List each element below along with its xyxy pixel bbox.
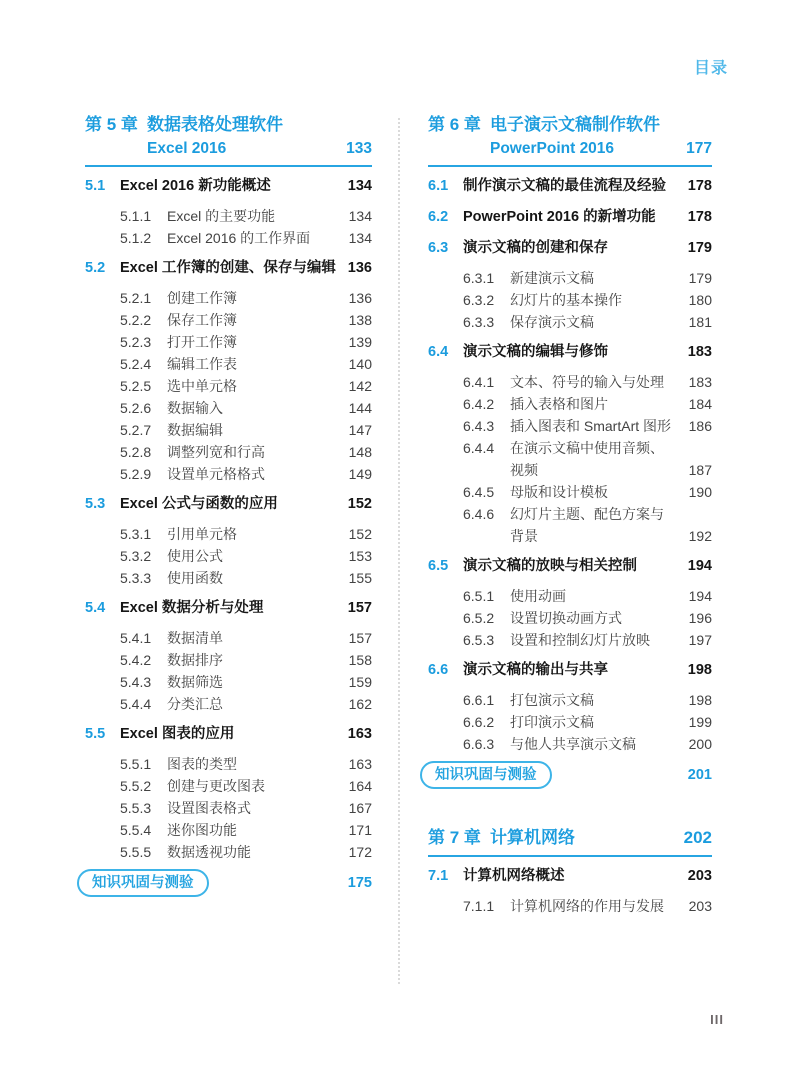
subsection-page-number: 164 xyxy=(349,775,372,797)
toc-section-row: 5.2Excel 工作簿的创建、保存与编辑136 xyxy=(85,257,372,280)
subsection-number: 5.2.3 xyxy=(120,331,167,353)
subsection-line-2: 视频187 xyxy=(428,459,712,481)
subsection-title: 保存演示文稿 xyxy=(510,311,681,333)
subsection-page-number: 152 xyxy=(349,523,372,545)
subsection-title: 数据筛选 xyxy=(167,671,341,693)
subsection-page-number: 199 xyxy=(689,711,712,733)
subsection-page-number: 180 xyxy=(689,289,712,311)
chapter-heading: 第 6 章电子演示文稿制作软件PowerPoint 2016177 xyxy=(428,112,712,167)
toc-subsection-row: 5.5.4迷你图功能171 xyxy=(85,819,372,841)
toc-subsection-row: 6.3.3保存演示文稿181 xyxy=(428,311,712,333)
toc-section-row: 6.4演示文稿的编辑与修饰183 xyxy=(428,341,712,364)
subsection-title: Excel 2016 的工作界面 xyxy=(167,227,341,249)
section-number: 5.4 xyxy=(85,597,120,620)
subsection-page-number: 186 xyxy=(689,415,712,437)
subsection-title: 打包演示文稿 xyxy=(510,689,681,711)
section-page-number: 198 xyxy=(688,659,712,682)
subsection-title: 设置单元格格式 xyxy=(167,463,341,485)
page-header-label: 目录 xyxy=(694,55,728,78)
subsection-number: 5.1.2 xyxy=(120,227,167,249)
toc-subsection-row: 7.1.1计算机网络的作用与发展203 xyxy=(428,895,712,917)
section-page-number: 194 xyxy=(688,555,712,578)
subsection-page-number: 162 xyxy=(349,693,372,715)
subsection-line-1: 6.4.4在演示文稿中使用音频、 xyxy=(428,437,712,459)
toc-section-row: 5.3Excel 公式与函数的应用152 xyxy=(85,493,372,516)
toc-subsection-row: 5.5.2创建与更改图表164 xyxy=(85,775,372,797)
subsection-line-1: 6.4.6幻灯片主题、配色方案与 xyxy=(428,503,712,525)
subsection-number: 6.4.2 xyxy=(463,393,510,415)
subsection-page-number: 172 xyxy=(349,841,372,863)
toc-subsection-row: 6.6.1打包演示文稿198 xyxy=(428,689,712,711)
knowledge-test-page-number: 201 xyxy=(688,767,712,783)
toc-subsection-row: 6.3.1新建演示文稿179 xyxy=(428,267,712,289)
subsection-title: 幻灯片的基本操作 xyxy=(510,289,681,311)
toc-section-row: 6.6演示文稿的输出与共享198 xyxy=(428,659,712,682)
section-title: PowerPoint 2016 的新增功能 xyxy=(463,206,680,229)
chapter-title: 数据表格处理软件 xyxy=(147,112,283,137)
subsection-title: 设置切换动画方式 xyxy=(510,607,681,629)
toc-subsection-row: 5.2.8调整列宽和行高148 xyxy=(85,441,372,463)
subsection-page-number: 139 xyxy=(349,331,372,353)
subsection-title: 使用动画 xyxy=(510,585,681,607)
subsection-number: 6.5.1 xyxy=(463,585,510,607)
section-title: 制作演示文稿的最佳流程及经验 xyxy=(463,175,680,198)
subsection-number: 6.5.3 xyxy=(463,629,510,651)
subsection-title: 编辑工作表 xyxy=(167,353,341,375)
section-title: Excel 公式与函数的应用 xyxy=(120,493,340,516)
subsection-number: 6.6.3 xyxy=(463,733,510,755)
chapter-subtitle-line: PowerPoint 2016177 xyxy=(428,137,712,160)
subsection-title: 引用单元格 xyxy=(167,523,341,545)
knowledge-test-row: 知识巩固与测验175 xyxy=(85,868,372,898)
subsection-number: 5.5.1 xyxy=(120,753,167,775)
section-page-number: 203 xyxy=(688,865,712,888)
subsection-page-number: 136 xyxy=(349,287,372,309)
chapter-title: 电子演示文稿制作软件 xyxy=(490,112,660,137)
subsection-page-number: 149 xyxy=(349,463,372,485)
subsection-number: 5.3.2 xyxy=(120,545,167,567)
toc-subsection-row: 6.5.1使用动画194 xyxy=(428,585,712,607)
toc-section-row: 5.1Excel 2016 新功能概述134 xyxy=(85,175,372,198)
chapter-title-line: 第 5 章数据表格处理软件 xyxy=(85,112,372,137)
section-number: 5.3 xyxy=(85,493,120,516)
toc-subsection-row: 6.5.3设置和控制幻灯片放映197 xyxy=(428,629,712,651)
toc-subsection-row: 6.5.2设置切换动画方式196 xyxy=(428,607,712,629)
subsection-page-number: 190 xyxy=(689,481,712,503)
section-page-number: 179 xyxy=(688,237,712,260)
toc-subsection-row: 5.2.7数据编辑147 xyxy=(85,419,372,441)
subsection-number: 7.1.1 xyxy=(463,895,510,917)
toc-subsection-row-wrapped: 6.4.4在演示文稿中使用音频、视频187 xyxy=(428,437,712,481)
toc-subsection-row: 6.6.3与他人共享演示文稿200 xyxy=(428,733,712,755)
subsection-page-number: 134 xyxy=(349,227,372,249)
section-page-number: 134 xyxy=(348,175,372,198)
subsection-title: 数据输入 xyxy=(167,397,341,419)
section-number: 6.5 xyxy=(428,555,463,578)
subsection-page-number: 163 xyxy=(349,753,372,775)
subsection-title: 创建工作簿 xyxy=(167,287,341,309)
toc-subsection-row: 6.4.3插入图表和 SmartArt 图形186 xyxy=(428,415,712,437)
subsection-title: 数据排序 xyxy=(167,649,341,671)
subsection-title: 图表的类型 xyxy=(167,753,341,775)
chapter-heading: 第 5 章数据表格处理软件Excel 2016133 xyxy=(85,112,372,167)
subsection-title: 插入表格和图片 xyxy=(510,393,681,415)
toc-subsection-row: 5.2.3打开工作簿139 xyxy=(85,331,372,353)
toc-subsection-row: 6.3.2幻灯片的基本操作180 xyxy=(428,289,712,311)
subsection-page-number: 142 xyxy=(349,375,372,397)
toc-subsection-row: 5.2.1创建工作簿136 xyxy=(85,287,372,309)
chapter-page-number: 133 xyxy=(346,137,372,160)
toc-section-row: 6.1制作演示文稿的最佳流程及经验178 xyxy=(428,175,712,198)
subsection-page-number: 158 xyxy=(349,649,372,671)
toc-subsection-row: 5.2.2保存工作簿138 xyxy=(85,309,372,331)
chapter-page-number: 177 xyxy=(686,137,712,160)
subsection-number: 5.3.3 xyxy=(120,567,167,589)
toc-column-right: 第 6 章电子演示文稿制作软件PowerPoint 20161776.1制作演示… xyxy=(428,112,712,917)
toc-subsection-row: 5.2.9设置单元格格式149 xyxy=(85,463,372,485)
section-number: 5.1 xyxy=(85,175,120,198)
subsection-number: 6.3.1 xyxy=(463,267,510,289)
toc-section-row: 6.2PowerPoint 2016 的新增功能178 xyxy=(428,206,712,229)
subsection-number: 5.2.7 xyxy=(120,419,167,441)
subsection-number: 6.4.3 xyxy=(463,415,510,437)
subsection-title: Excel 的主要功能 xyxy=(167,205,341,227)
chapter-title-line: 第 7 章计算机网络202 xyxy=(428,825,712,850)
subsection-number: 5.4.4 xyxy=(120,693,167,715)
toc-section-row: 5.4Excel 数据分析与处理157 xyxy=(85,597,372,620)
subsection-number: 5.2.5 xyxy=(120,375,167,397)
subsection-page-number: 155 xyxy=(349,567,372,589)
toc-page: 目录 第 5 章数据表格处理软件Excel 20161335.1Excel 20… xyxy=(0,0,800,1078)
subsection-page-number: 167 xyxy=(349,797,372,819)
subsection-title: 在演示文稿中使用音频、 xyxy=(510,437,712,459)
subsection-number: 5.5.3 xyxy=(120,797,167,819)
subsection-number: 5.2.1 xyxy=(120,287,167,309)
knowledge-test-badge: 知识巩固与测验 xyxy=(77,869,209,897)
toc-subsection-row: 5.2.6数据输入144 xyxy=(85,397,372,419)
toc-subsection-row: 5.3.2使用公式153 xyxy=(85,545,372,567)
subsection-title: 数据编辑 xyxy=(167,419,341,441)
toc-subsection-row: 6.4.2插入表格和图片184 xyxy=(428,393,712,415)
subsection-number: 6.4.5 xyxy=(463,481,510,503)
chapter-subtitle-line: Excel 2016133 xyxy=(85,137,372,160)
toc-subsection-row: 6.4.5母版和设计模板190 xyxy=(428,481,712,503)
subsection-line-2: 背景192 xyxy=(428,525,712,547)
subsection-title: 计算机网络的作用与发展 xyxy=(510,895,681,917)
toc-subsection-row: 5.5.1图表的类型163 xyxy=(85,753,372,775)
chapter-number: 第 6 章 xyxy=(428,112,490,137)
subsection-title: 文本、符号的输入与处理 xyxy=(510,371,681,393)
section-number: 6.6 xyxy=(428,659,463,682)
section-page-number: 136 xyxy=(348,257,372,280)
section-page-number: 183 xyxy=(688,341,712,364)
subsection-number: 6.3.3 xyxy=(463,311,510,333)
subsection-number: 5.4.3 xyxy=(120,671,167,693)
subsection-title: 迷你图功能 xyxy=(167,819,341,841)
toc-subsection-row: 5.5.5数据透视功能172 xyxy=(85,841,372,863)
subsection-page-number: 159 xyxy=(349,671,372,693)
section-title: Excel 数据分析与处理 xyxy=(120,597,340,620)
subsection-number: 5.3.1 xyxy=(120,523,167,545)
subsection-page-number: 144 xyxy=(349,397,372,419)
toc-section-row: 6.3演示文稿的创建和保存179 xyxy=(428,237,712,260)
subsection-page-number: 183 xyxy=(689,371,712,393)
toc-subsection-row: 5.4.4分类汇总162 xyxy=(85,693,372,715)
section-number: 6.4 xyxy=(428,341,463,364)
knowledge-test-row: 知识巩固与测验201 xyxy=(428,760,712,790)
toc-subsection-row: 5.1.2Excel 2016 的工作界面134 xyxy=(85,227,372,249)
section-title: 演示文稿的放映与相关控制 xyxy=(463,555,680,578)
subsection-title: 选中单元格 xyxy=(167,375,341,397)
subsection-page-number: 203 xyxy=(689,895,712,917)
section-number: 5.2 xyxy=(85,257,120,280)
subsection-page-number: 138 xyxy=(349,309,372,331)
section-page-number: 157 xyxy=(348,597,372,620)
subsection-number: 5.2.9 xyxy=(120,463,167,485)
subsection-page-number: 153 xyxy=(349,545,372,567)
subsection-title: 打开工作簿 xyxy=(167,331,341,353)
toc-subsection-row: 5.5.3设置图表格式167 xyxy=(85,797,372,819)
toc-subsection-row: 5.3.1引用单元格152 xyxy=(85,523,372,545)
subsection-title: 数据透视功能 xyxy=(167,841,341,863)
subsection-number: 6.6.2 xyxy=(463,711,510,733)
subsection-page-number: 197 xyxy=(689,629,712,651)
chapter-title-line: 第 6 章电子演示文稿制作软件 xyxy=(428,112,712,137)
subsection-number: 5.5.4 xyxy=(120,819,167,841)
subsection-page-number: 134 xyxy=(349,205,372,227)
subsection-page-number: 192 xyxy=(689,525,712,547)
section-page-number: 163 xyxy=(348,723,372,746)
chapter-subtitle: PowerPoint 2016 xyxy=(490,137,686,160)
toc-subsection-row: 5.1.1Excel 的主要功能134 xyxy=(85,205,372,227)
subsection-title: 保存工作簿 xyxy=(167,309,341,331)
chapter-page-number: 202 xyxy=(684,825,712,850)
subsection-page-number: 140 xyxy=(349,353,372,375)
knowledge-test-badge: 知识巩固与测验 xyxy=(420,761,552,789)
toc-subsection-row-wrapped: 6.4.6幻灯片主题、配色方案与背景192 xyxy=(428,503,712,547)
toc-subsection-row: 6.6.2打印演示文稿199 xyxy=(428,711,712,733)
section-title: Excel 2016 新功能概述 xyxy=(120,175,340,198)
chapter-number: 第 5 章 xyxy=(85,112,147,137)
subsection-title: 设置和控制幻灯片放映 xyxy=(510,629,681,651)
subsection-page-number: 194 xyxy=(689,585,712,607)
subsection-number: 6.4.1 xyxy=(463,371,510,393)
section-number: 6.2 xyxy=(428,206,463,229)
subsection-page-number: 147 xyxy=(349,419,372,441)
subsection-number: 5.4.1 xyxy=(120,627,167,649)
section-title: 演示文稿的输出与共享 xyxy=(463,659,680,682)
section-title: 演示文稿的创建和保存 xyxy=(463,237,680,260)
section-page-number: 178 xyxy=(688,175,712,198)
toc-subsection-row: 6.4.1文本、符号的输入与处理183 xyxy=(428,371,712,393)
subsection-title: 新建演示文稿 xyxy=(510,267,681,289)
section-number: 6.1 xyxy=(428,175,463,198)
subsection-number: 5.5.5 xyxy=(120,841,167,863)
subsection-page-number: 200 xyxy=(689,733,712,755)
section-title: Excel 图表的应用 xyxy=(120,723,340,746)
subsection-number: 5.4.2 xyxy=(120,649,167,671)
section-title: Excel 工作簿的创建、保存与编辑 xyxy=(120,257,340,280)
subsection-number: 5.1.1 xyxy=(120,205,167,227)
toc-subsection-row: 5.3.3使用函数155 xyxy=(85,567,372,589)
knowledge-test-page-number: 175 xyxy=(348,875,372,891)
subsection-title: 打印演示文稿 xyxy=(510,711,681,733)
subsection-page-number: 196 xyxy=(689,607,712,629)
subsection-number: 6.3.2 xyxy=(463,289,510,311)
toc-subsection-row: 5.4.1数据清单157 xyxy=(85,627,372,649)
subsection-page-number: 171 xyxy=(349,819,372,841)
section-title: 演示文稿的编辑与修饰 xyxy=(463,341,680,364)
subsection-page-number: 187 xyxy=(689,459,712,481)
subsection-title: 调整列宽和行高 xyxy=(167,441,341,463)
subsection-title-continued: 视频 xyxy=(510,459,681,481)
subsection-number: 5.2.4 xyxy=(120,353,167,375)
toc-subsection-row: 5.2.4编辑工作表140 xyxy=(85,353,372,375)
column-divider xyxy=(398,118,400,984)
subsection-page-number: 148 xyxy=(349,441,372,463)
toc-section-row: 5.5Excel 图表的应用163 xyxy=(85,723,372,746)
subsection-title: 与他人共享演示文稿 xyxy=(510,733,681,755)
section-number: 6.3 xyxy=(428,237,463,260)
toc-subsection-row: 5.4.2数据排序158 xyxy=(85,649,372,671)
subsection-title: 使用公式 xyxy=(167,545,341,567)
page-number: III xyxy=(710,1012,724,1027)
subsection-page-number: 184 xyxy=(689,393,712,415)
subsection-title: 母版和设计模板 xyxy=(510,481,681,503)
chapter-heading: 第 7 章计算机网络202 xyxy=(428,825,712,857)
subsection-title: 幻灯片主题、配色方案与 xyxy=(510,503,712,525)
toc-section-row: 7.1计算机网络概述203 xyxy=(428,865,712,888)
toc-section-row: 6.5演示文稿的放映与相关控制194 xyxy=(428,555,712,578)
subsection-title: 使用函数 xyxy=(167,567,341,589)
subsection-number: 5.2.2 xyxy=(120,309,167,331)
section-title: 计算机网络概述 xyxy=(463,865,680,888)
subsection-page-number: 181 xyxy=(689,311,712,333)
subsection-title-continued: 背景 xyxy=(510,525,681,547)
chapter-subtitle: Excel 2016 xyxy=(147,137,346,160)
subsection-number: 6.5.2 xyxy=(463,607,510,629)
subsection-title: 插入图表和 SmartArt 图形 xyxy=(510,415,681,437)
subsection-number: 5.2.8 xyxy=(120,441,167,463)
section-number: 7.1 xyxy=(428,865,463,888)
subsection-number: 5.2.6 xyxy=(120,397,167,419)
chapter-number: 第 7 章 xyxy=(428,825,490,850)
subsection-title: 创建与更改图表 xyxy=(167,775,341,797)
toc-column-left: 第 5 章数据表格处理软件Excel 20161335.1Excel 2016 … xyxy=(85,112,372,898)
subsection-title: 分类汇总 xyxy=(167,693,341,715)
toc-subsection-row: 5.4.3数据筛选159 xyxy=(85,671,372,693)
subsection-title: 数据清单 xyxy=(167,627,341,649)
section-page-number: 178 xyxy=(688,206,712,229)
subsection-number: 6.4.4 xyxy=(463,437,510,459)
toc-subsection-row: 5.2.5选中单元格142 xyxy=(85,375,372,397)
subsection-title: 设置图表格式 xyxy=(167,797,341,819)
subsection-page-number: 157 xyxy=(349,627,372,649)
chapter-title: 计算机网络 xyxy=(490,825,684,850)
subsection-page-number: 179 xyxy=(689,267,712,289)
subsection-number: 6.6.1 xyxy=(463,689,510,711)
section-page-number: 152 xyxy=(348,493,372,516)
subsection-number: 6.4.6 xyxy=(463,503,510,525)
section-number: 5.5 xyxy=(85,723,120,746)
subsection-number: 5.5.2 xyxy=(120,775,167,797)
subsection-page-number: 198 xyxy=(689,689,712,711)
